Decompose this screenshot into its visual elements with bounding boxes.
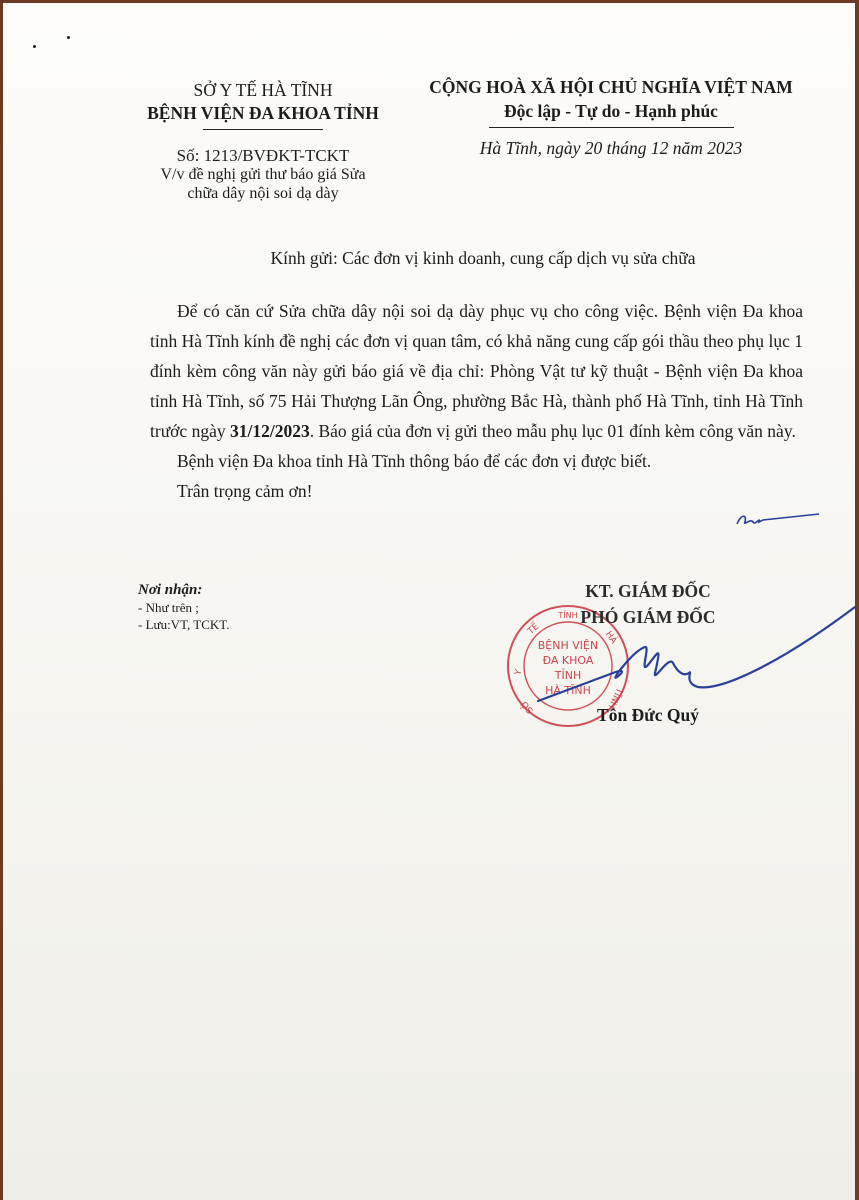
number-value: 1213/BVĐKT-TCKT: [204, 146, 350, 165]
national-motto: Độc lập - Tự do - Hạnh phúc: [401, 99, 821, 123]
closing-line: Trân trọng cảm ơn!: [150, 476, 803, 506]
document-date: Hà Tĩnh, ngày 20 tháng 12 năm 2023: [401, 138, 821, 159]
signer-name: Tôn Đức Quý: [523, 705, 773, 726]
handwritten-signature-icon: [533, 581, 859, 721]
speck: [33, 45, 36, 48]
svg-text:Y: Y: [513, 668, 524, 677]
subject-line: chữa dây nội soi dạ dày: [113, 184, 413, 203]
agency-name: SỞ Y TẾ HÀ TĨNH: [113, 79, 413, 102]
body-paragraph: Bệnh viện Đa khoa tỉnh Hà Tĩnh thông báo…: [150, 446, 803, 476]
initial-mark-icon: [733, 508, 823, 530]
hospital-name: BỆNH VIỆN ĐA KHOA TỈNH: [113, 102, 413, 125]
recipients-title: Nơi nhận:: [138, 582, 230, 599]
document-body: Để có căn cứ Sửa chữa dây nội soi dạ dày…: [150, 296, 803, 506]
document-reference: Số: 1213/BVĐKT-TCKT V/v đề nghị gửi thư …: [113, 146, 413, 203]
header-divider: [203, 129, 323, 130]
document-number: Số: 1213/BVĐKT-TCKT: [113, 146, 413, 165]
country-name: CỘNG HOÀ XÃ HỘI CHỦ NGHĨA VIỆT NAM: [401, 75, 821, 99]
subject-line: V/v đề nghị gửi thư báo giá Sửa: [113, 165, 413, 184]
deadline-date: 31/12/2023: [230, 421, 310, 441]
document-page: SỞ Y TẾ HÀ TĨNH BỆNH VIỆN ĐA KHOA TỈNH C…: [3, 3, 855, 1200]
recipient-line: Kính gửi: Các đơn vị kinh doanh, cung cấ…: [153, 248, 813, 269]
body-paragraph: Để có căn cứ Sửa chữa dây nội soi dạ dày…: [150, 296, 803, 446]
national-header: CỘNG HOÀ XÃ HỘI CHỦ NGHĨA VIỆT NAM Độc l…: [401, 75, 821, 128]
recipients-block: Nơi nhận: - Như trên ; - Lưu:VT, TCKT.: [138, 582, 230, 633]
number-label: Số:: [177, 146, 200, 165]
issuer-header: SỞ Y TẾ HÀ TĨNH BỆNH VIỆN ĐA KHOA TỈNH: [113, 79, 413, 130]
recipient-item: - Như trên ;: [138, 599, 230, 616]
recipient-item: - Lưu:VT, TCKT.: [138, 616, 230, 633]
motto-divider: [489, 127, 734, 128]
speck: [67, 36, 70, 39]
